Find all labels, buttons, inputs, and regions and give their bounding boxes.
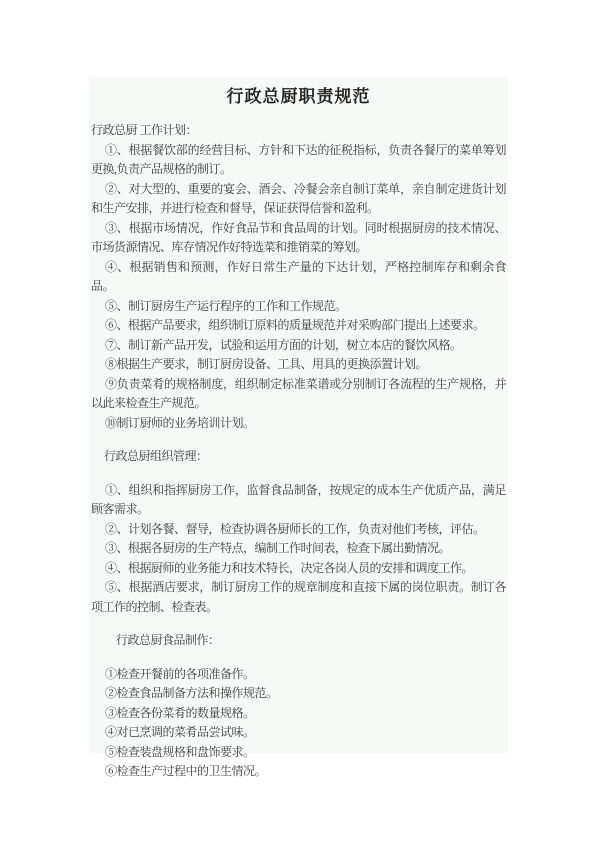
section-heading: 行政总厨 工作计划： [91,121,506,141]
section-work-plan: 行政总厨 工作计划： ①、根据餐饮部的经营目标、方针和下达的征税指标，负责各餐厅… [91,121,506,433]
list-item: ⑤检查装盘规格和盘饰要求。 [91,743,506,763]
section-heading: 行政总厨食品制作： [91,631,506,651]
list-item: ④对已烹调的菜肴品尝试味。 [91,723,506,743]
document-canvas: 行政总厨职责规范 行政总厨 工作计划： ①、根据餐饮部的经营目标、方针和下达的征… [0,0,595,842]
page-title: 行政总厨职责规范 [91,87,506,107]
section-org-management: 行政总厨组织管理： ①、组织和指挥厨房工作，监督食品制备，按规定的成本生产优质产… [91,447,506,617]
section-items: ①检查开餐前的各项准备作。 ②检查食品制备方法和操作规范。 ③检查各份菜肴的数量… [91,665,506,782]
list-item: ⑦、制订新产品开发，试验和运用方面的计划，树立本店的餐饮风格。 [91,336,506,356]
list-item: ⑧根据生产要求，制订厨房设备、工具、用具的更换添置计划。 [91,355,506,375]
section-food-production: 行政总厨食品制作： ①检查开餐前的各项准备作。 ②检查食品制备方法和操作规范。 … [91,631,506,782]
list-item: ②、计划各餐、督导，检查协调各厨师长的工作，负责对他们考核，评估。 [91,520,506,540]
list-item: ①检查开餐前的各项准备作。 [91,665,506,685]
document-content: 行政总厨 工作计划： ①、根据餐饮部的经营目标、方针和下达的征税指标，负责各餐厅… [91,121,506,782]
list-item: ①、根据餐饮部的经营目标、方针和下达的征税指标，负责各餐厅的菜单筹划更换,负责产… [91,141,506,180]
list-item: ⑨负责菜肴的规格制度，组织制定标准菜谱或分别制订各流程的生产规格，并以此来检查生… [91,375,506,414]
list-item: ④、根据厨师的业务能力和技术特长，决定各岗人员的安排和调度工作。 [91,559,506,579]
list-item: ②、对大型的、重要的宴会、酒会、冷餐会亲自制订菜单，亲自制定进货计划和生产安排，… [91,180,506,219]
section-items: ①、组织和指挥厨房工作，监督食品制备，按规定的成本生产优质产品，满足顾客需求。 … [91,481,506,618]
list-item: ⑥检查生产过程中的卫生情况。 [91,762,506,782]
list-item: ③、根据市场情况，作好食品节和食品周的计划。同时根据厨房的技术情况、市场货源情况… [91,219,506,258]
list-item: ⑤、制订厨房生产运行程序的工作和工作规范。 [91,297,506,317]
document-page: 行政总厨职责规范 行政总厨 工作计划： ①、根据餐饮部的经营目标、方针和下达的征… [89,77,508,753]
list-item: ①、组织和指挥厨房工作，监督食品制备，按规定的成本生产优质产品，满足顾客需求。 [91,481,506,520]
list-item: ⑤、根据酒店要求，制订厨房工作的规章制度和直接下属的岗位职责。制订各项工作的控制… [91,578,506,617]
list-item: ④、根据销售和预测，作好日常生产量的下达计划，严格控制库存和剩余食品。 [91,258,506,297]
list-item: ②检查食品制备方法和操作规范。 [91,684,506,704]
list-item: ⑩制订厨师的业务培训计划。 [91,414,506,434]
list-item: ③、根据各厨房的生产特点，编制工作时间表，检查下属出勤情况。 [91,539,506,559]
list-item: ⑥、根据产品要求，组织制订原料的质量规范并对采购部门提出上述要求。 [91,316,506,336]
list-item: ③检查各份菜肴的数量规格。 [91,704,506,724]
section-heading: 行政总厨组织管理： [91,447,506,467]
